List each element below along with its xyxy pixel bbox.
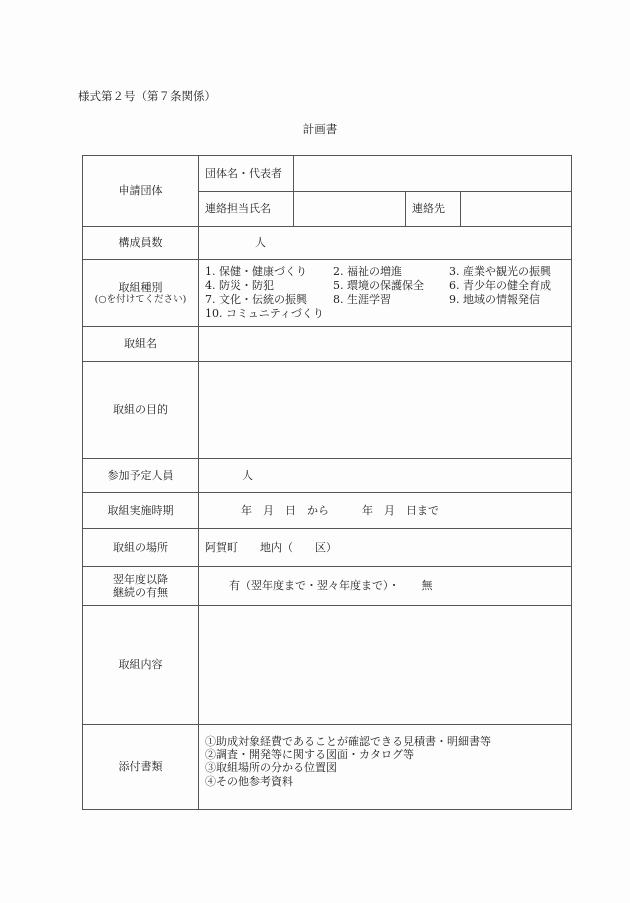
- applicant-label: 申請団体: [83, 156, 199, 227]
- participants-field[interactable]: 人: [199, 459, 572, 493]
- members-unit: 人: [199, 236, 266, 249]
- document-title: 計画書: [0, 121, 630, 137]
- row-purpose: 取組の目的: [83, 362, 572, 459]
- category-label-cell: 取組種別 (○を付けてください): [83, 260, 199, 327]
- org-rep-label: 団体名・代表者: [199, 156, 294, 192]
- participants-unit: 人: [199, 469, 253, 482]
- participants-label: 参加予定人員: [83, 459, 199, 493]
- members-label: 構成員数: [83, 227, 199, 260]
- attachment-item-4: ④その他参考資料: [205, 774, 571, 789]
- activity-name-field[interactable]: [199, 327, 572, 362]
- category-option-8[interactable]: 8. 生涯学習: [333, 293, 449, 307]
- row-applicant-org: 申請団体 団体名・代表者: [83, 156, 572, 192]
- row-participants: 参加予定人員 人: [83, 459, 572, 493]
- row-attachments: 添付書類 ①助成対象経費であることが確認できる見積書・明細書等 ②調査・開発等に…: [83, 725, 572, 810]
- row-category: 取組種別 (○を付けてください) 1. 保健・健康づくり 2. 福祉の増進 3.…: [83, 260, 572, 327]
- purpose-field[interactable]: [199, 362, 572, 459]
- attachments-list: ①助成対象経費であることが確認できる見積書・明細書等 ②調査・開発等に関する図面…: [199, 725, 572, 810]
- org-rep-field[interactable]: [294, 156, 572, 192]
- category-option-9[interactable]: 9. 地域の情報発信: [449, 293, 573, 307]
- category-option-10[interactable]: 10. コミュニティづくり: [205, 307, 573, 321]
- category-option-1[interactable]: 1. 保健・健康づくり: [205, 265, 333, 279]
- location-label: 取組の場所: [83, 529, 199, 567]
- period-field[interactable]: 年 月 日 から 年 月 日まで: [199, 493, 572, 529]
- continuation-text: 有（翌年度まで・翌々年度まで）・ 無: [199, 579, 433, 592]
- period-label: 取組実施時期: [83, 493, 199, 529]
- row-location: 取組の場所 阿賀町 地内（ 区）: [83, 529, 572, 567]
- activity-name-label: 取組名: [83, 327, 199, 362]
- period-text: 年 月 日 から 年 月 日まで: [199, 504, 439, 517]
- category-option-2[interactable]: 2. 福祉の増進: [333, 265, 449, 279]
- continuation-field[interactable]: 有（翌年度まで・翌々年度まで）・ 無: [199, 567, 572, 606]
- contact-person-field[interactable]: [294, 192, 406, 227]
- content-label: 取組内容: [83, 606, 199, 725]
- form-number: 様式第２号（第７条関係）: [78, 88, 216, 104]
- purpose-label: 取組の目的: [83, 362, 199, 459]
- attachments-label: 添付書類: [83, 725, 199, 810]
- category-option-3[interactable]: 3. 産業や観光の振興: [449, 265, 573, 279]
- attachment-item-2: ②調査・開発等に関する図面・カタログ等: [205, 748, 571, 761]
- continuation-label-line2: 継続の有無: [83, 586, 198, 599]
- location-field[interactable]: 阿賀町 地内（ 区）: [199, 529, 572, 567]
- continuation-label-line1: 翌年度以降: [83, 573, 198, 586]
- contact-field[interactable]: [461, 192, 572, 227]
- category-option-4[interactable]: 4. 防災・防犯: [205, 279, 333, 293]
- row-content: 取組内容: [83, 606, 572, 725]
- plan-form-table: 申請団体 団体名・代表者 連絡担当氏名 連絡先 構成員数 人 取組種別 (○を付…: [82, 155, 572, 810]
- attachment-item-1: ①助成対象経費であることが確認できる見積書・明細書等: [205, 735, 571, 748]
- category-option-7[interactable]: 7. 文化・伝統の振興: [205, 293, 333, 307]
- row-members: 構成員数 人: [83, 227, 572, 260]
- members-field[interactable]: 人: [199, 227, 572, 260]
- category-sublabel: (○を付けてください): [83, 294, 198, 305]
- row-activity-name: 取組名: [83, 327, 572, 362]
- continuation-label-cell: 翌年度以降 継続の有無: [83, 567, 199, 606]
- category-option-6[interactable]: 6. 青少年の健全育成: [449, 279, 573, 293]
- category-options: 1. 保健・健康づくり 2. 福祉の増進 3. 産業や観光の振興 4. 防災・防…: [199, 260, 572, 327]
- row-continuation: 翌年度以降 継続の有無 有（翌年度まで・翌々年度まで）・ 無: [83, 567, 572, 606]
- attachment-item-3: ③取組場所の分かる位置図: [205, 761, 571, 774]
- location-text: 阿賀町 地内（ 区）: [205, 541, 337, 554]
- content-field[interactable]: [199, 606, 572, 725]
- contact-person-label: 連絡担当氏名: [199, 192, 294, 227]
- category-option-5[interactable]: 5. 環境の保護保全: [333, 279, 449, 293]
- contact-label: 連絡先: [406, 192, 461, 227]
- category-label: 取組種別: [83, 281, 198, 294]
- row-period: 取組実施時期 年 月 日 から 年 月 日まで: [83, 493, 572, 529]
